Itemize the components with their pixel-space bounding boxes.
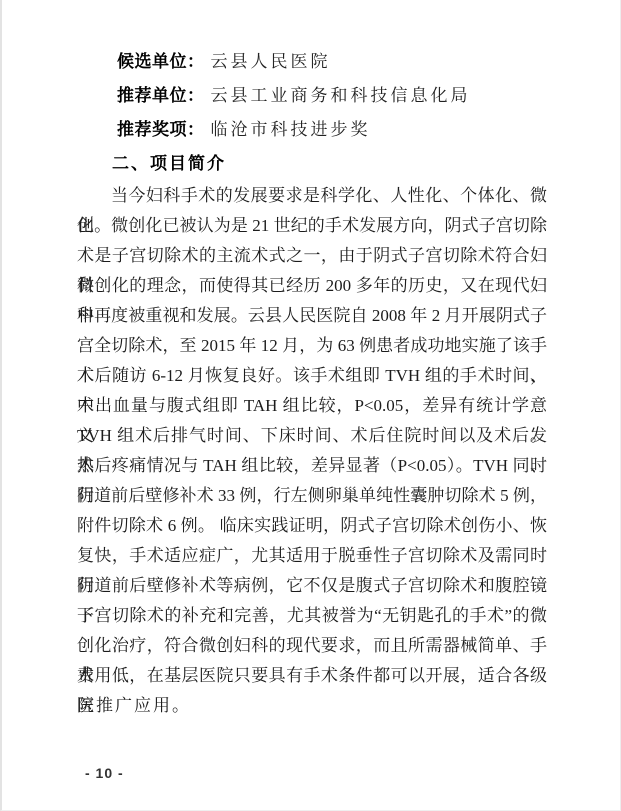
paragraph-line: 阴道前后壁修补术等病例，它不仅是腹式子宫切除术和腹腔镜下 bbox=[77, 571, 547, 601]
candidate-unit-value: 云县人民医院 bbox=[211, 52, 331, 71]
paragraph-line: 微创化的理念，而使得其已经历 200 多年的历史，又在现代妇科 bbox=[77, 271, 547, 301]
paragraph-line: 费用低，在基层医院只要具有手术条件都可以开展，适合各级医 bbox=[77, 661, 547, 691]
recommended-award-value: 临沧市科技进步奖 bbox=[211, 120, 371, 139]
paragraph-line: 院推广应用。 bbox=[77, 691, 547, 721]
project-intro-paragraph: 当今妇科手术的发展要求是科学化、人性化、个体化、微创化。微创化已被认为是 21 … bbox=[77, 181, 547, 721]
candidate-unit-label: 候选单位： bbox=[117, 52, 205, 71]
paragraph-line: 术后疼痛情况与 TAH 组比较，差异显著（P<0.05）。TVH 同时行 bbox=[77, 451, 547, 481]
paragraph-line: 子宫切除术的补充和完善，尤其被誉为“无钥匙孔的手术”的微 bbox=[77, 601, 547, 631]
document-content: 候选单位：云县人民医院 推荐单位：云县工业商务和科技信息化局 推荐奖项：临沧市科… bbox=[77, 45, 547, 721]
paragraph-line: 附件切除术 6 例。 临床实践证明，阴式子宫切除术创伤小、恢 bbox=[77, 511, 547, 541]
paragraph-line: 化。微创化已被认为是 21 世纪的手术发展方向，阴式子宫切除 bbox=[77, 211, 547, 241]
paragraph-line: 术后随访 6-12 月恢复良好。该手术组即 TVH 组的手术时间、术 bbox=[77, 361, 547, 391]
paragraph-line: TVH 组术后排气时间、下床时间、术后住院时间以及术后发热、 bbox=[77, 421, 547, 451]
paragraph-line: 创化治疗，符合微创妇科的现代要求，而且所需器械简单、手术 bbox=[77, 631, 547, 661]
meta-row-recommending-unit: 推荐单位：云县工业商务和科技信息化局 bbox=[117, 79, 547, 113]
recommending-unit-value: 云县工业商务和科技信息化局 bbox=[211, 86, 471, 105]
section-heading-project-intro: 二、项目简介 bbox=[112, 147, 547, 181]
document-page: 候选单位：云县人民医院 推荐单位：云县工业商务和科技信息化局 推荐奖项：临沧市科… bbox=[0, 0, 621, 811]
recommended-award-label: 推荐奖项： bbox=[117, 120, 205, 139]
paragraph-line: 中出血量与腹式组即 TAH 组比较，P<0.05，差异有统计学意义。 bbox=[77, 391, 547, 421]
paragraph-line: 中再度被重视和发展。云县人民医院自 2008 年 2 月开展阴式子 bbox=[77, 301, 547, 331]
meta-row-recommended-award: 推荐奖项：临沧市科技进步奖 bbox=[117, 113, 547, 147]
paragraph-line: 术是子宫切除术的主流术式之一，由于阴式子宫切除术符合妇科 bbox=[77, 241, 547, 271]
paragraph-line: 宫全切除术，至 2015 年 12 月，为 63 例患者成功地实施了该手术， bbox=[77, 331, 547, 361]
page-number: - 10 - bbox=[85, 765, 124, 781]
recommending-unit-label: 推荐单位： bbox=[117, 86, 205, 105]
paragraph-line: 复快，手术适应症广，尤其适用于脱垂性子宫切除术及需同时行 bbox=[77, 541, 547, 571]
meta-row-candidate-unit: 候选单位：云县人民医院 bbox=[117, 45, 547, 79]
paragraph-line: 阴道前后壁修补术 33 例，行左侧卵巢单纯性囊肿切除术 5 例， bbox=[77, 481, 547, 511]
paragraph-line: 当今妇科手术的发展要求是科学化、人性化、个体化、微创 bbox=[77, 181, 547, 211]
